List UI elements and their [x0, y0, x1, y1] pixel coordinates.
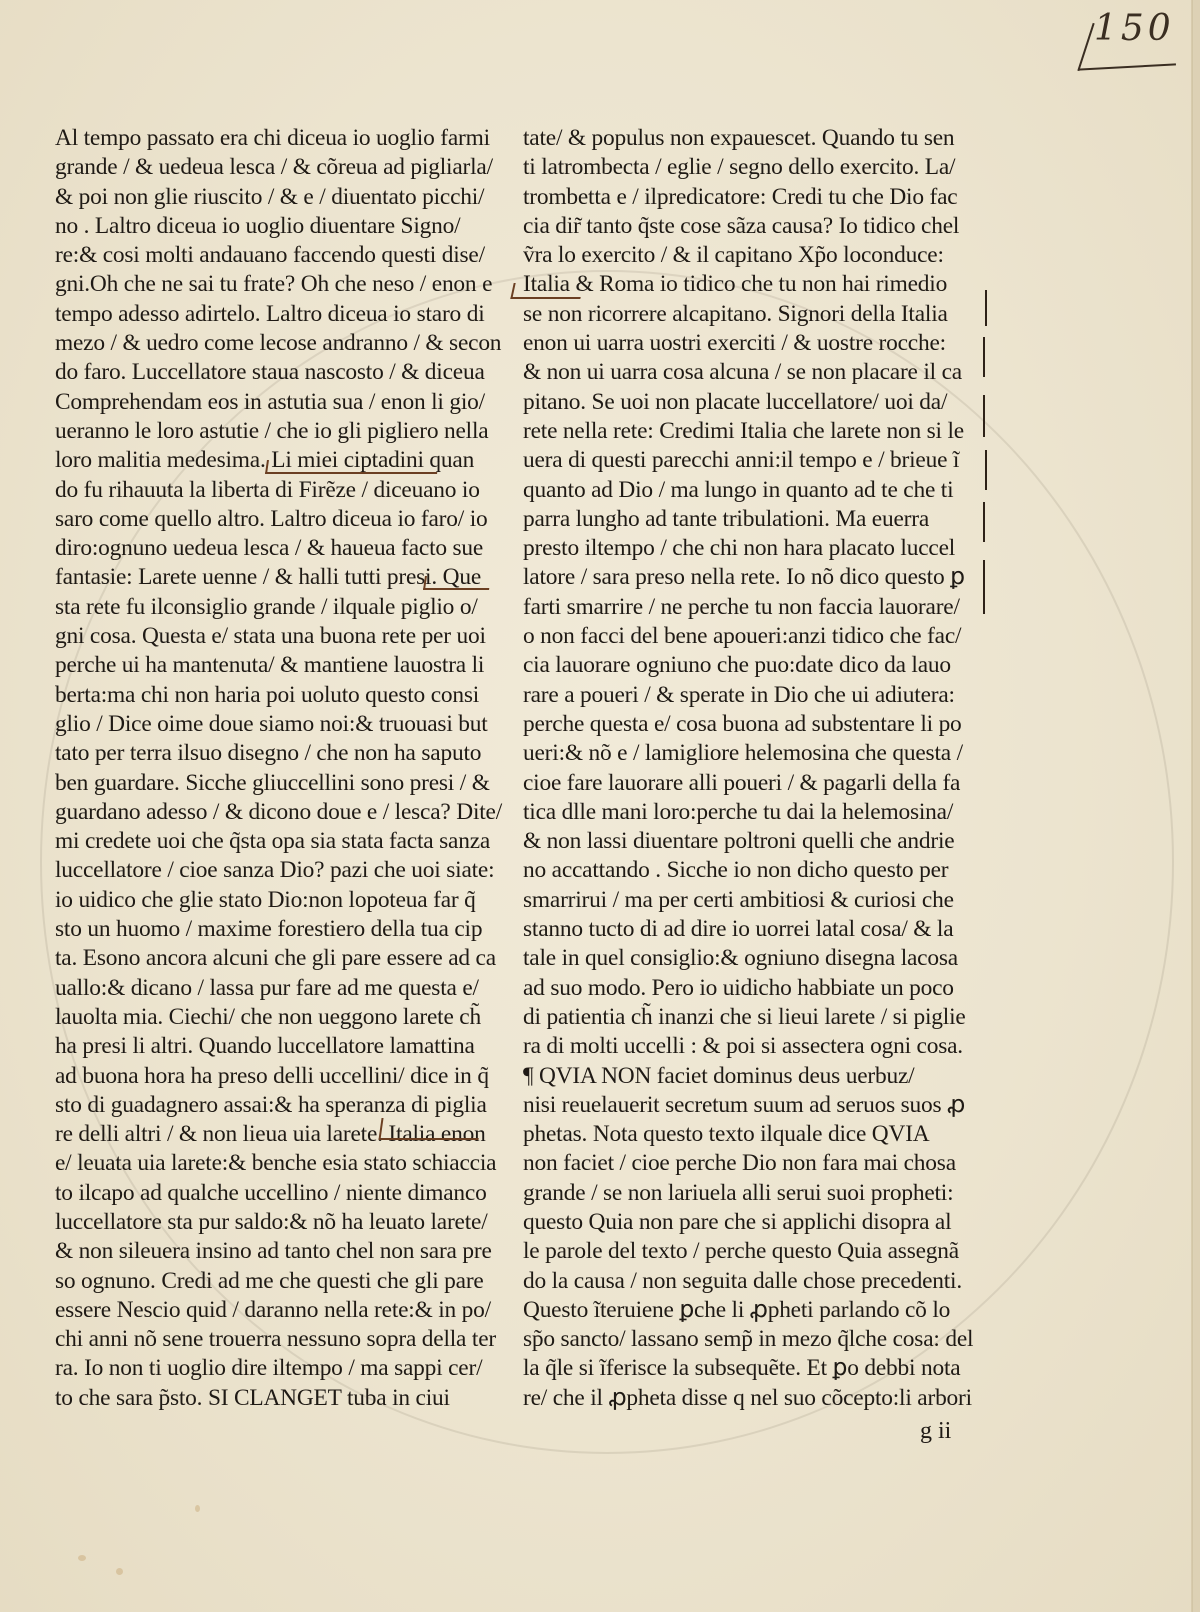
text-line: uera di questi parecchi anni:il tempo e …: [523, 446, 968, 475]
folio-number-text: 150: [1094, 8, 1175, 49]
marginal-vertical-line: [985, 450, 987, 490]
foxing-stain: [195, 1505, 200, 1512]
text-line: ad suo modo. Pero io uidicho habbiate un…: [523, 974, 968, 1003]
text-line: re/ che il ꝓpheta disse q nel suo cõcept…: [523, 1384, 968, 1413]
text-line: Questo ĩteruiene ꝑche li ꝓpheti parlando…: [523, 1296, 968, 1325]
text-line: essere Nescio quid / daranno nella rete:…: [55, 1296, 500, 1325]
signature-mark: g ii: [920, 1418, 951, 1445]
text-line: saro come quello altro. Laltro diceua io…: [55, 505, 500, 534]
text-line: farti smarrire / ne perche tu non faccia…: [523, 593, 968, 622]
text-line: ueranno le loro astutie / che io gli pig…: [55, 417, 500, 446]
manuscript-page: 150 Al tempo passato era chi diceua io u…: [0, 0, 1200, 1612]
text-line: ha presi li altri. Quando luccellatore l…: [55, 1032, 500, 1061]
text-line: non faciet / cioe perche Dio non fara ma…: [523, 1149, 968, 1178]
text-column-left: Al tempo passato era chi diceua io uogli…: [55, 124, 500, 1413]
marginal-bracket-mark: [510, 283, 583, 299]
text-line: grande / & uedeua lesca / & cõreua ad pi…: [55, 153, 500, 182]
text-line: tato per terra ilsuo disegno / che non h…: [55, 739, 500, 768]
text-line: Comprehendam eos in astutia sua / enon l…: [55, 388, 500, 417]
marginal-bracket-mark: [265, 460, 439, 474]
folio-flourish: [1077, 23, 1094, 71]
folio-underline: [1078, 63, 1176, 70]
text-line: berta:ma chi non haria poi uoluto questo…: [55, 681, 500, 710]
text-line: perche ui ha mantenuta/ & mantiene lauos…: [55, 651, 500, 680]
text-line: to ilcapo ad qualche uccellino / niente …: [55, 1179, 500, 1208]
text-line: questo Quia non pare che si applichi dis…: [523, 1208, 968, 1237]
text-line: chi anni nõ sene trouerra nessuno sopra …: [55, 1325, 500, 1354]
text-line: & non lassi diuentare poltroni quelli ch…: [523, 827, 968, 856]
text-line: do faro. Luccellatore staua nascosto / &…: [55, 358, 500, 387]
text-line: gni cosa. Questa e/ stata una buona rete…: [55, 622, 500, 651]
text-line: no . Laltro diceua io uoglio diuentare S…: [55, 212, 500, 241]
text-line: enon ui uarra uostri exerciti / & uostre…: [523, 329, 968, 358]
text-line: pitano. Se uoi non placate luccellatore/…: [523, 388, 968, 417]
text-line: no accattando . Sicche io non dicho ques…: [523, 856, 968, 885]
text-line: trombetta e / ilpredicatore: Credi tu ch…: [523, 183, 968, 212]
marginal-vertical-line: [983, 395, 985, 437]
text-line: latore / sara preso nella rete. Io nõ di…: [523, 563, 968, 592]
text-line: re:& cosi molti andauano faccendo questi…: [55, 241, 500, 270]
text-line: ¶ QVIA NON faciet dominus deus uerbuz/: [523, 1062, 968, 1091]
text-line: tempo adesso adirtelo. Laltro diceua io …: [55, 300, 500, 329]
text-line: & non ui uarra cosa alcuna / se non plac…: [523, 358, 968, 387]
text-line: ra. Io non ti uoglio dire iltempo / ma s…: [55, 1354, 500, 1383]
marginal-bracket-mark: [378, 1118, 481, 1140]
text-line: sto un huomo / maxime forestiero della t…: [55, 915, 500, 944]
text-line: smarrirui / ma per certi ambitiosi & cur…: [523, 886, 968, 915]
text-line: la q̃le si ĩferisce la subsequẽte. Et ꝑo…: [523, 1354, 968, 1383]
text-line: tica dlle mani loro:perche tu dai la hel…: [523, 798, 968, 827]
text-line: io uidico che glie stato Dio:non lopoteu…: [55, 886, 500, 915]
text-line: sp̃o sancto/ lassano semp̃ in mezo q̃lch…: [523, 1325, 968, 1354]
text-line: le parole del texto / perche questo Quia…: [523, 1237, 968, 1266]
handwritten-folio-number: 150: [1080, 8, 1180, 78]
text-line: ṽra lo exercito / & il capitano Xp̃o loc…: [523, 241, 968, 270]
text-line: sta rete fu ilconsiglio grande / ilquale…: [55, 593, 500, 622]
text-line: & non sileuera insino ad tanto chel non …: [55, 1237, 500, 1266]
text-line: rete nella rete: Credimi Italia che lare…: [523, 417, 968, 446]
text-line: mezo / & uedro come lecose andranno / & …: [55, 329, 500, 358]
foxing-stain: [78, 1555, 86, 1561]
text-line: & poi non glie riuscito / & e / diuentat…: [55, 183, 500, 212]
text-line: glio / Dice oime doue siamo noi:& truoua…: [55, 710, 500, 739]
text-line: tale in quel consiglio:& ogniuno disegna…: [523, 944, 968, 973]
text-line: diro:ognuno uedeua lesca / & haueua fact…: [55, 534, 500, 563]
text-line: ti latrombecta / eglie / segno dello exe…: [523, 153, 968, 182]
text-line: ben guardare. Sicche gliuccellini sono p…: [55, 769, 500, 798]
text-line: quanto ad Dio / ma lungo in quanto ad te…: [523, 476, 968, 505]
text-line: ta. Esono ancora alcuni che gli pare ess…: [55, 944, 500, 973]
text-line: di patientia ch̃ inanzi che si lieui lar…: [523, 1003, 968, 1032]
text-line: luccellatore / cioe sanza Dio? pazi che …: [55, 856, 500, 885]
marginal-vertical-line: [983, 560, 985, 614]
text-line: do la causa / non seguita dalle chose pr…: [523, 1267, 968, 1296]
text-line: luccellatore sta pur saldo:& nõ ha leuat…: [55, 1208, 500, 1237]
text-line: nisi reuelauerit secretum suum ad seruos…: [523, 1091, 968, 1120]
text-line: sto di guadagnero assai:& ha speranza di…: [55, 1091, 500, 1120]
text-line: rare a poueri / & sperate in Dio che ui …: [523, 681, 968, 710]
text-line: o non facci del bene apoueri:anzi tidico…: [523, 622, 968, 651]
text-line: perche questa e/ cosa buona ad substenta…: [523, 710, 968, 739]
text-line: mi credete uoi che q̃sta opa sia stata f…: [55, 827, 500, 856]
text-line: cioe fare lauorare alli poueri / & pagar…: [523, 769, 968, 798]
text-line: presto iltempo / che chi non hara placat…: [523, 534, 968, 563]
marginal-vertical-line: [983, 337, 985, 377]
text-line: stanno tucto di ad dire io uorrei latal …: [523, 915, 968, 944]
text-line: e/ leuata uia larete:& benche esia stato…: [55, 1149, 500, 1178]
marginal-bracket-mark: [423, 576, 491, 590]
text-line: grande / se non lariuela alli serui suoi…: [523, 1179, 968, 1208]
text-line: cia lauorare ogniuno che puo:date dico d…: [523, 651, 968, 680]
text-line: parra lungho ad tante tribulationi. Ma e…: [523, 505, 968, 534]
text-column-right: tate/ & populus non expauescet. Quando t…: [523, 124, 968, 1413]
text-line: to che sara p̃sto. SI CLANGET tuba in ci…: [55, 1384, 500, 1413]
text-line: phetas. Nota questo texto ilquale dice Q…: [523, 1120, 968, 1149]
text-line: Al tempo passato era chi diceua io uogli…: [55, 124, 500, 153]
text-line: uallo:& dicano / lassa pur fare ad me qu…: [55, 974, 500, 1003]
foxing-stain: [116, 1568, 123, 1575]
page-gutter: [1194, 0, 1200, 1612]
text-line: lauolta mia. Ciechi/ che non ueggono lar…: [55, 1003, 500, 1032]
text-line: so ognuno. Credi ad me che questi che gl…: [55, 1267, 500, 1296]
text-line: tate/ & populus non expauescet. Quando t…: [523, 124, 968, 153]
text-line: do fu rihauuta la liberta di Firẽze / di…: [55, 476, 500, 505]
text-line: se non ricorrere alcapitano. Signori del…: [523, 300, 968, 329]
text-line: gni.Oh che ne sai tu frate? Oh che neso …: [55, 270, 500, 299]
text-line: ueri:& nõ e / lamigliore helemosina che …: [523, 739, 968, 768]
text-line: ra di molti uccelli : & poi si assectera…: [523, 1032, 968, 1061]
text-line: ad buona hora ha preso delli uccellini/ …: [55, 1062, 500, 1091]
marginal-vertical-line: [983, 502, 985, 542]
text-line: Italia & Roma io tidico che tu non hai r…: [523, 270, 968, 299]
text-line: guardano adesso / & dicono doue e / lesc…: [55, 798, 500, 827]
marginal-vertical-line: [985, 290, 987, 326]
text-line: cia dir̃ tanto q̃ste cose sãza causa? Io…: [523, 212, 968, 241]
